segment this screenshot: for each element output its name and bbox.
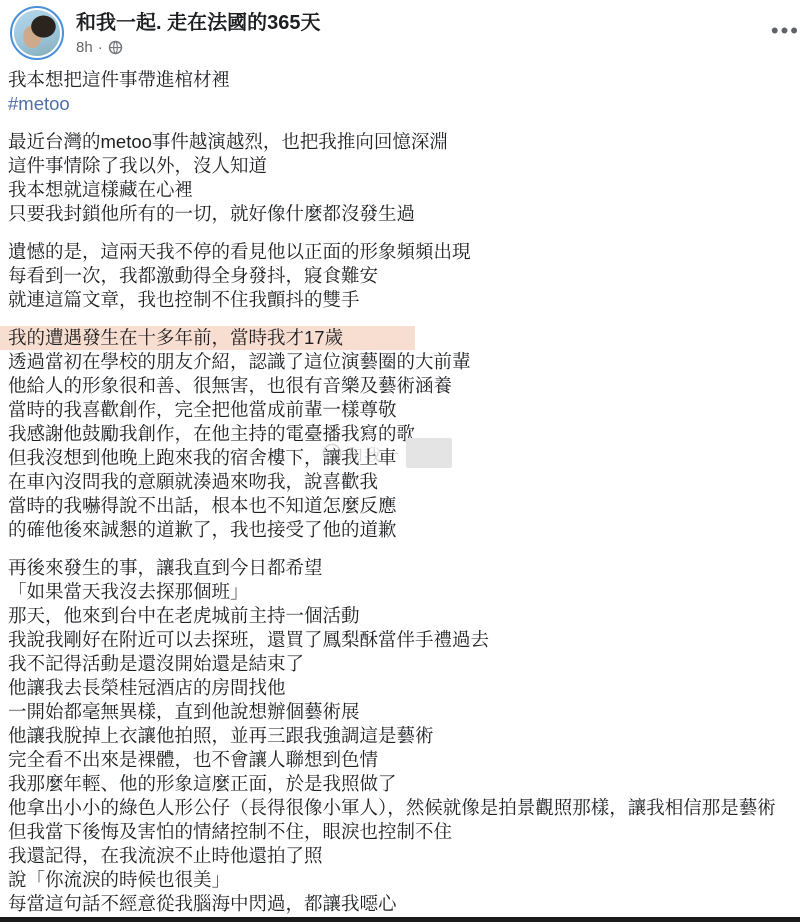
post-line: 那天，他來到台中在老虎城前主持一個活動 bbox=[8, 605, 360, 626]
post-line: 他拿出小小的綠色人形公仔（長得很像小軍人），然候就像是拍景觀照那樣，讓我相信那是… bbox=[8, 797, 776, 818]
post-meta: 8h · bbox=[76, 39, 320, 56]
post-line: 透過當初在學校的朋友介紹，認識了這位演藝圈的大前輩 bbox=[8, 351, 471, 372]
post-line: 我不記得活動是還沒開始還是結束了 bbox=[8, 653, 304, 674]
post-body: 我本想把這件事帶進棺材裡#metoo最近台灣的metoo事件越演越烈，也把我推向… bbox=[0, 62, 800, 916]
post-line: 說「你流淚的時候也很美」 bbox=[8, 869, 230, 890]
post-paragraph: 遺憾的是，這兩天我不停的看見他以正面的形象頻頻出現每看到一次，我都激動得全身發抖… bbox=[8, 240, 800, 312]
post-line: 在車內沒問我的意願就湊過來吻我，說喜歡我 bbox=[8, 471, 378, 492]
post-line: 但我當下後悔及害怕的情緒控制不住，眼淚也控制不住 bbox=[8, 821, 452, 842]
post-line: 最近台灣的metoo事件越演越烈，也把我推向回憶深淵 bbox=[8, 131, 448, 152]
post-line: 每看到一次，我都激動得全身發抖，寢食難安 bbox=[8, 265, 378, 286]
post-line: 就連這篇文章，我也控制不住我顫抖的雙手 bbox=[8, 289, 360, 310]
avatar[interactable] bbox=[10, 6, 64, 60]
post-paragraph: 我本想把這件事帶進棺材裡#metoo bbox=[8, 68, 800, 116]
post-line: 他讓我去長榮桂冠酒店的房間找他 bbox=[8, 677, 286, 698]
post-line: 他給人的形象很和善、很無害，也很有音樂及藝術涵養 bbox=[8, 375, 452, 396]
screenshot-bottom-edge bbox=[0, 917, 800, 922]
post-line: 當時的我喜歡創作，完全把他當成前輩一樣尊敬 bbox=[8, 399, 397, 420]
header-text: 和我一起. 走在法國的365天 8h · bbox=[64, 6, 320, 62]
post-line: 再後來發生的事，讓我直到今日都希望 bbox=[8, 557, 323, 578]
more-options-button[interactable]: ••• bbox=[767, 18, 800, 44]
post-line: 我那麼年輕、他的形象這麼正面，於是我照做了 bbox=[8, 773, 397, 794]
post-line: 我還記得，在我流淚不止時他還拍了照 bbox=[8, 845, 323, 866]
post-line: 遺憾的是，這兩天我不停的看見他以正面的形象頻頻出現 bbox=[8, 241, 471, 262]
post-paragraph: 我的遭遇發生在十多年前，當時我才17歲透過當初在學校的朋友介紹，認識了這位演藝圈… bbox=[8, 326, 800, 542]
post-line: 我本想把這件事帶進棺材裡 bbox=[8, 69, 230, 90]
post-line: 一開始都毫無異樣，直到他說想辦個藝術展 bbox=[8, 701, 360, 722]
author-name[interactable]: 和我一起. 走在法國的365天 bbox=[76, 11, 320, 35]
post-line: 只要我封鎖他所有的一切，就好像什麼都沒發生過 bbox=[8, 203, 415, 224]
avatar-photo bbox=[14, 10, 60, 56]
post-header: 和我一起. 走在法國的365天 8h · ••• bbox=[0, 0, 800, 62]
highlighted-line: 我的遭遇發生在十多年前，當時我才17歲 bbox=[0, 326, 415, 350]
post-line: 完全看不出來是裸體，也不會讓人聯想到色情 bbox=[8, 749, 378, 770]
post-line: 的確他後來誠懇的道歉了，我也接受了他的道歉 bbox=[8, 519, 397, 540]
post-line: 每當這句話不經意從我腦海中閃過，都讓我噁心 bbox=[8, 893, 397, 914]
post-line: 我本想就這樣藏在心裡 bbox=[8, 179, 193, 200]
post-line: 這件事情除了我以外，沒人知道 bbox=[8, 155, 267, 176]
post-line: 我感謝他鼓勵我創作，在他主持的電臺播我寫的歌 bbox=[8, 423, 415, 444]
globe-icon bbox=[108, 40, 123, 55]
post-line: 他讓我脫掉上衣讓他拍照，並再三跟我強調這是藝術 bbox=[8, 725, 434, 746]
facebook-post: 和我一起. 走在法國的365天 8h · ••• 我本想把這件事帶進棺材裡#me… bbox=[0, 0, 800, 922]
post-line: 我說我剛好在附近可以去探班，還買了鳳梨酥當伴手禮過去 bbox=[8, 629, 489, 650]
post-line: 當時的我嚇得說不出話，根本也不知道怎麼反應 bbox=[8, 495, 397, 516]
meta-separator: · bbox=[98, 39, 103, 56]
post-paragraph: 最近台灣的metoo事件越演越烈，也把我推向回憶深淵這件事情除了我以外，沒人知道… bbox=[8, 130, 800, 226]
post-line: 「如果當天我沒去探那個班」 bbox=[8, 581, 249, 602]
timestamp[interactable]: 8h bbox=[76, 39, 93, 56]
post-paragraph: 再後來發生的事，讓我直到今日都希望「如果當天我沒去探那個班」那天，他來到台中在老… bbox=[8, 556, 800, 916]
hashtag-link[interactable]: #metoo bbox=[8, 93, 70, 114]
post-line: 但我沒想到他晚上跑來我的宿舍樓下，讓我上車 bbox=[8, 447, 397, 468]
